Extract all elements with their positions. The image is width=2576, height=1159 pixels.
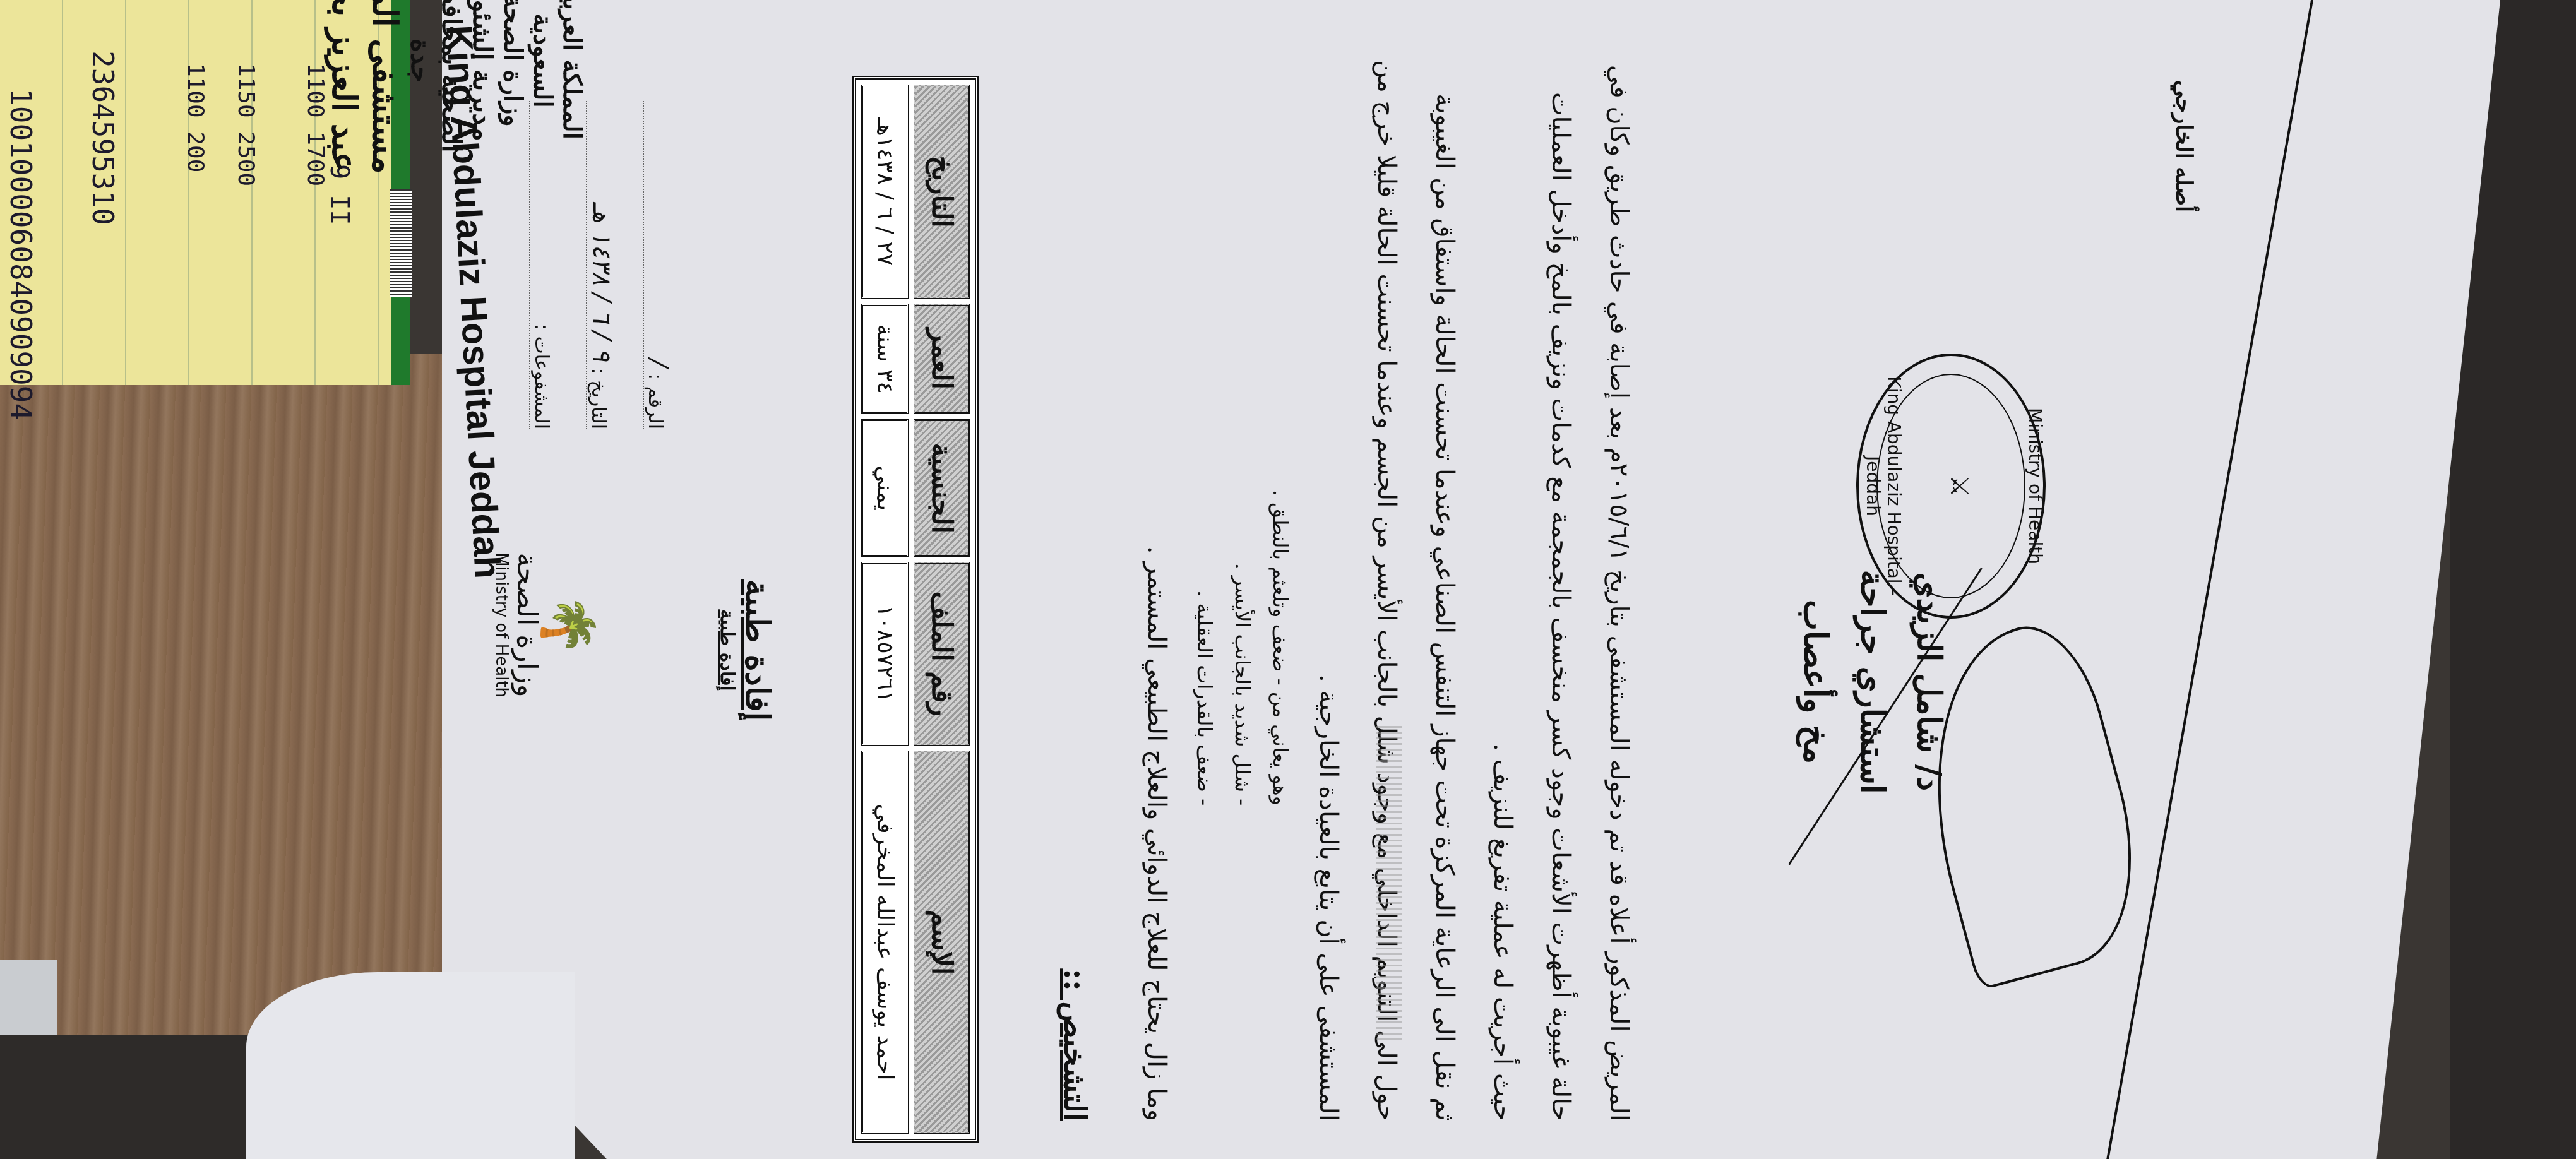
reference-date-value: ٩ / ٦ / ١٤٣٨ هـ — [587, 202, 616, 361]
attachments-label: المشفوعات : — [530, 324, 552, 429]
report-title: إفادة طبية إفادة طبية — [716, 568, 777, 732]
note-line: 1100 200 — [182, 63, 208, 172]
stamp-emblem-icon: ⚔ — [1945, 356, 1974, 616]
patient-info-table: الإسم رقم الملف الجنسية العمر التاريخ اح… — [852, 76, 979, 1143]
diagnosis-paragraph: المريض المذكور أعلاه قد تم دخوله المستشف… — [1474, 48, 1648, 1121]
reference-number-row: الرقم : / — [643, 101, 682, 429]
col-nationality: الجنسية — [914, 419, 970, 557]
hospital-name-ar: مستشفى الملك عبد العزيز بجدة — [325, 0, 405, 174]
stamp-top-text: Ministry of Health — [2025, 356, 2046, 616]
copy-smudge — [1376, 726, 1402, 1042]
reference-number-value: / — [644, 359, 673, 367]
palm-swords-emblem-icon: 🌴 — [543, 492, 593, 758]
nationality: يمني — [861, 419, 909, 557]
report-date: ٢٧ / ٦ / ١٤٣٨هـ — [861, 85, 909, 299]
patient-name: احمد يوسف عبدالله المخرفي — [861, 751, 909, 1134]
barcode-icon — [390, 189, 412, 297]
report-subtitle: إفادة طبية — [716, 568, 738, 732]
col-age: العمر — [914, 304, 970, 414]
col-date: التاريخ — [914, 85, 970, 299]
age: ٣٤ سنة — [861, 304, 909, 414]
diagnosis-label: التشخيص :: — [1057, 968, 1092, 1121]
photo-scene: 1001000060840909094 2364595310 1100 200 … — [0, 0, 2576, 1159]
col-file-number: رقم الملف — [914, 562, 970, 746]
note-line: 2364595310 — [86, 51, 120, 225]
diagnosis-conclusion: وما زال يحتاج للعلاج الدوائي والعلاج الط… — [1128, 48, 1186, 1121]
reference-block: الرقم : / التاريخ : ٩ / ٦ / ١٤٣٨ هـ المش… — [511, 101, 682, 429]
report-title-text: إفادة طبية — [738, 568, 777, 732]
symptom-item: - ضعف بالقدرات العقلية . — [1186, 48, 1224, 1121]
reference-date-row: التاريخ : ٩ / ٦ / ١٤٣٨ هـ — [586, 101, 625, 429]
stamp-bottom-text: King Abdulaziz Hospital - Jeddah — [1863, 356, 1904, 616]
reference-date-label: التاريخ : — [587, 367, 609, 429]
note-line: 1001000060840909094 — [4, 88, 38, 420]
file-number: ١٠٨٥٧٢٦١ — [861, 562, 909, 746]
col-name: الإسم — [914, 751, 970, 1134]
reference-number-label: الرقم : — [644, 374, 666, 429]
floor-dark-area — [0, 1035, 265, 1159]
table-row: احمد يوسف عبدالله المخرفي ١٠٨٥٧٢٦١ يمني … — [861, 85, 909, 1134]
copy-to-note: أصله الخارجي — [2171, 80, 2197, 212]
symptom-item: - شلل شديد بالجانب الأيسر . — [1224, 48, 1261, 1121]
note-line: 1150 2500 — [233, 63, 259, 186]
symptom-item: وهو يعاني من - ضعف وتلعثم بالنطق . — [1261, 48, 1299, 1121]
hospital-stamp: Ministry of Health ⚔ King Abdulaziz Hosp… — [1856, 354, 2046, 619]
medical-report: المملكة العربية السعودية وزارة الصحة مدي… — [442, 0, 2311, 1159]
attachments-row: المشفوعات : — [529, 101, 568, 429]
